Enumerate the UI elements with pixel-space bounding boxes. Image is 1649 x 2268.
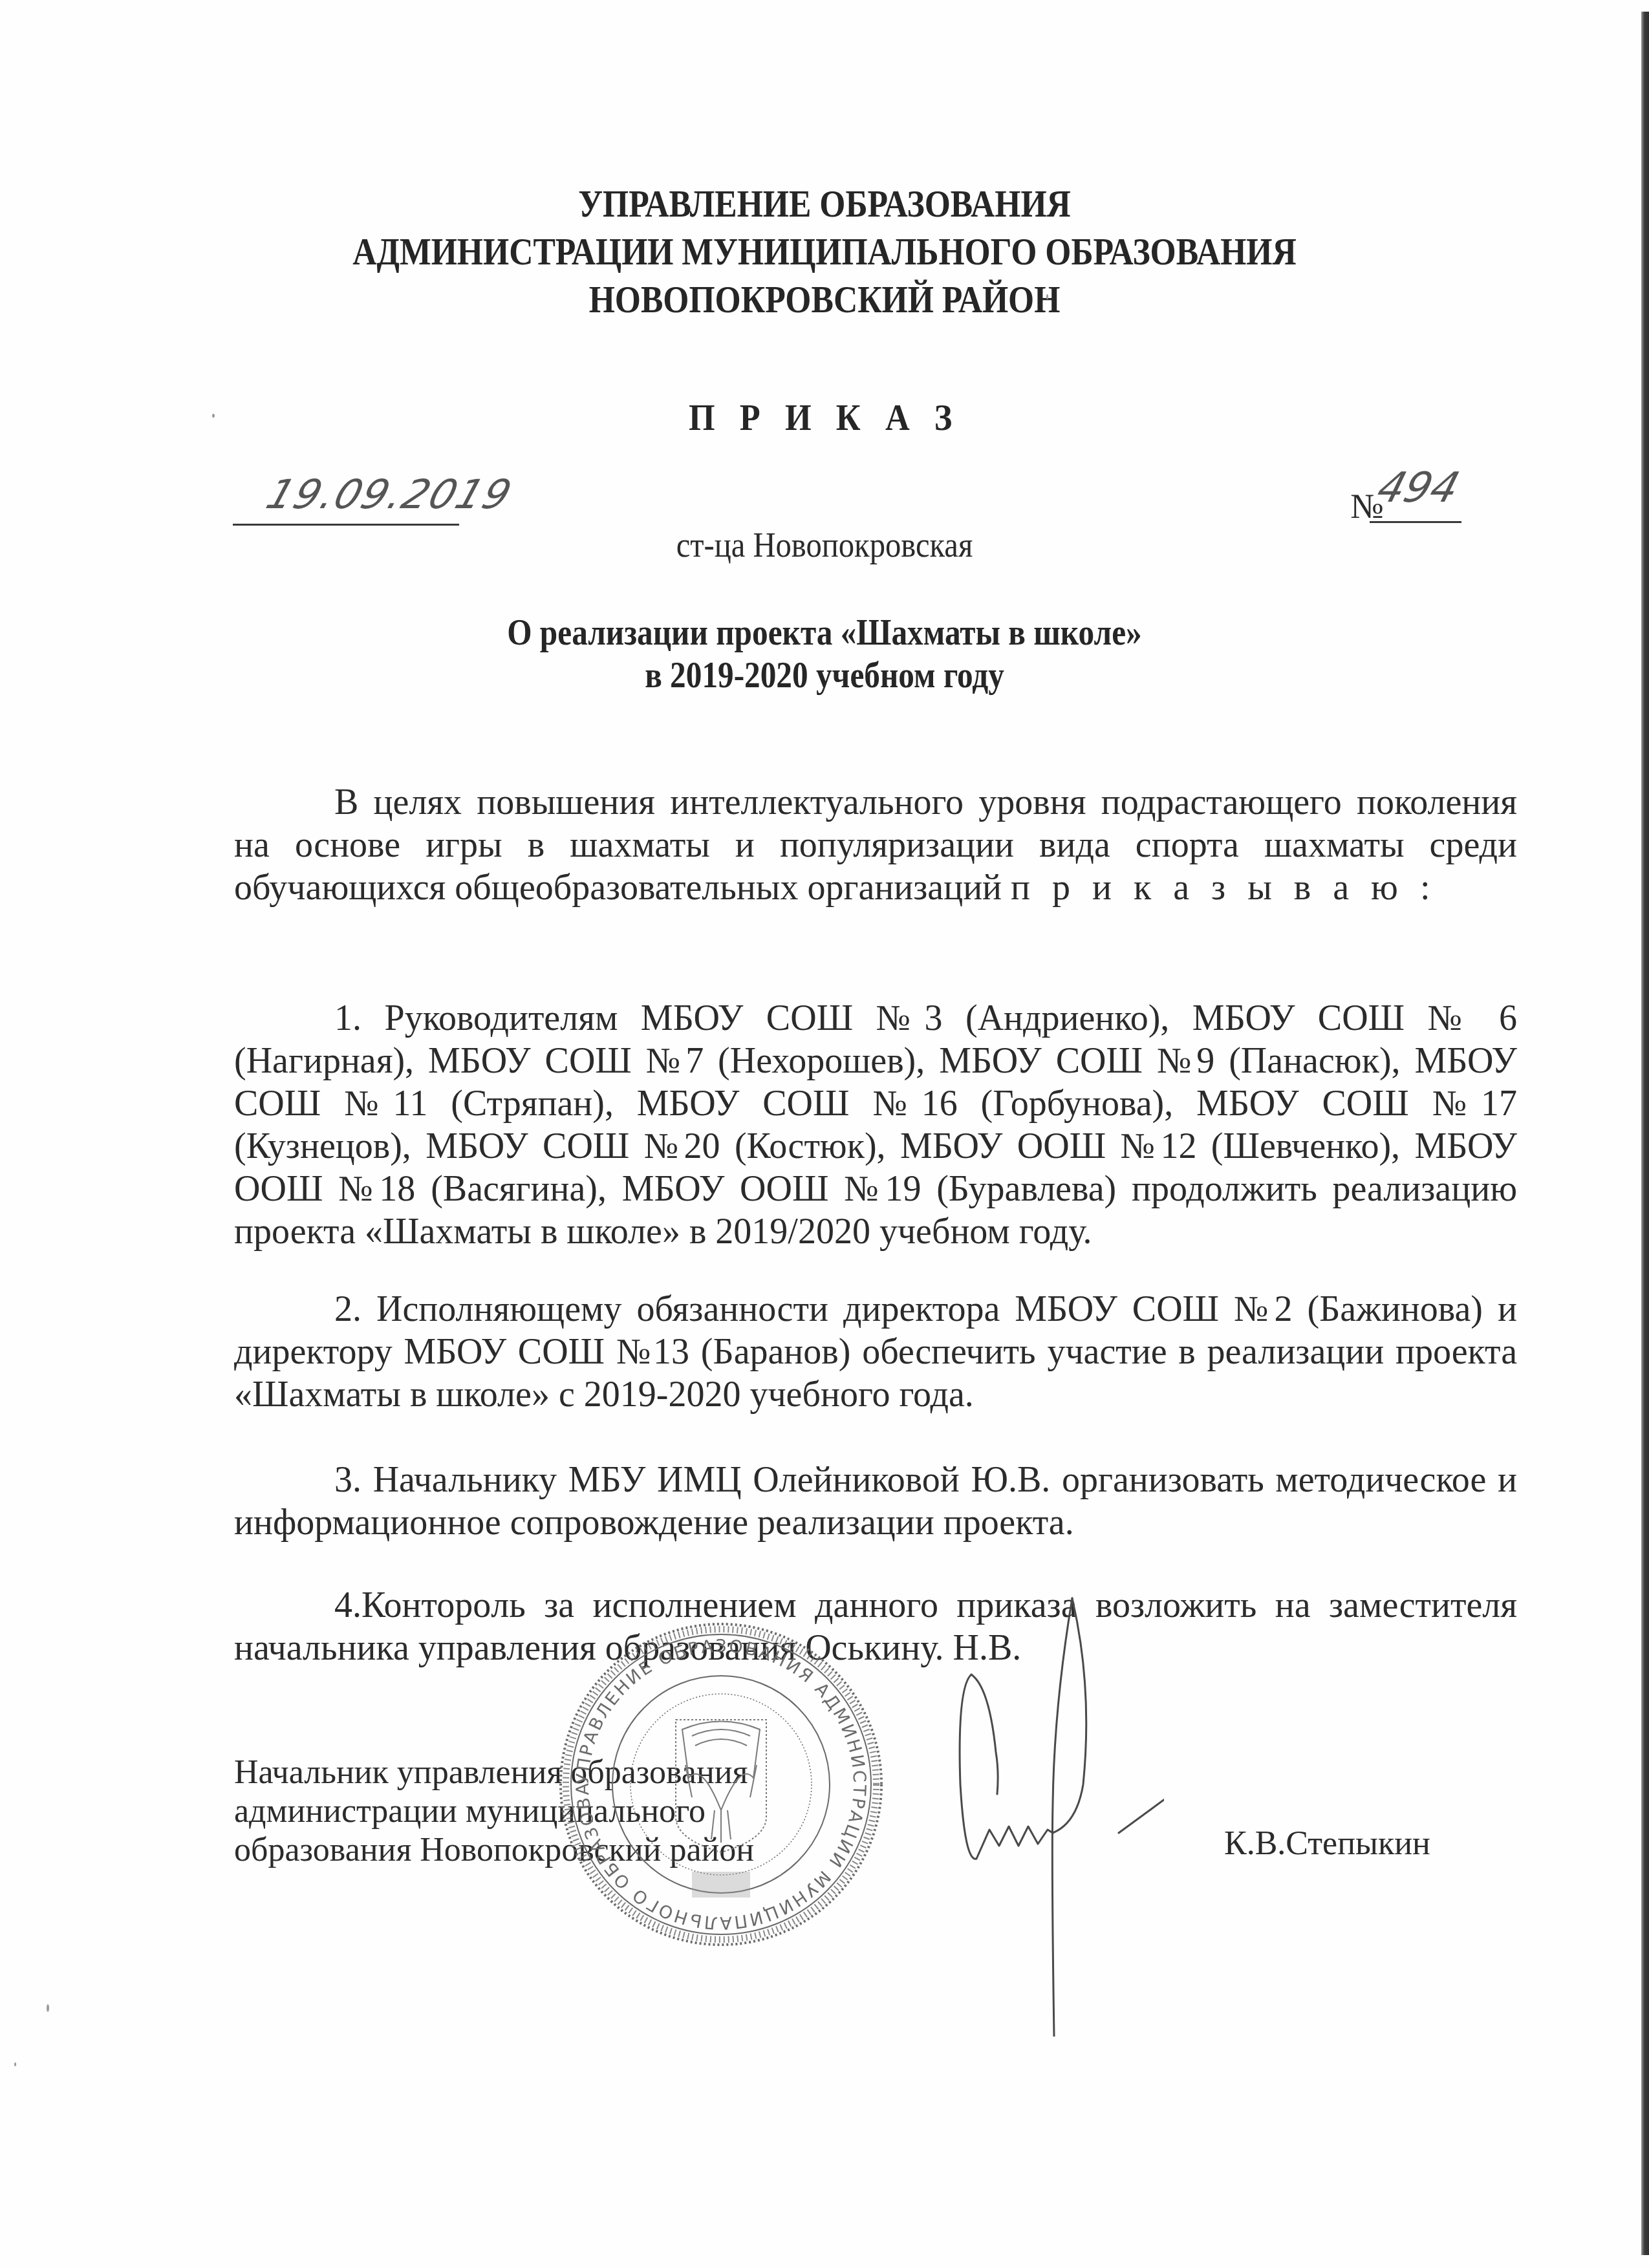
scan-speck <box>212 414 215 418</box>
place-of-issue: ст-ца Новопокровская <box>83 525 1567 565</box>
handwritten-date: 19.09.2019 <box>261 471 519 518</box>
coat-of-arms-icon <box>676 1720 766 1852</box>
document-title: О реализации проекта «Шахматы в школе» в… <box>99 612 1550 697</box>
preamble-paragraph: В целях повышения интеллектуального уров… <box>234 781 1517 909</box>
organization-header: УПРАВЛЕНИЕ ОБРАЗОВАНИЯ АДМИНИСТРАЦИИ МУН… <box>116 180 1534 323</box>
handwritten-number: 494 <box>1372 464 1464 512</box>
title-line-2: в 2019-2020 учебном году <box>99 654 1550 697</box>
scan-speck <box>1046 294 1048 299</box>
official-stamp: УПРАВЛЕНИЕ ОБРАЗОВАНИЯ АДМИНИСТРАЦИИ МУН… <box>553 1616 889 1952</box>
header-line-3: НОВОПОКРОВСКИЙ РАЙОН <box>116 275 1534 323</box>
number-field: 494 <box>1370 464 1461 523</box>
order-command: п р и к а з ы в а ю : <box>1011 868 1436 908</box>
scanned-order-page: УПРАВЛЕНИЕ ОБРАЗОВАНИЯ АДМИНИСТРАЦИИ МУН… <box>0 0 1649 2268</box>
header-line-1: УПРАВЛЕНИЕ ОБРАЗОВАНИЯ <box>116 180 1534 228</box>
date-field: 19.09.2019 <box>233 467 459 526</box>
order-item-2-text: 2. Исполняющему обязанности директора МБ… <box>234 1288 1517 1416</box>
scan-speck <box>47 2004 49 2012</box>
signer-name: К.В.Степыкин <box>1224 1824 1430 1863</box>
stamp-bottom-ornament <box>692 1872 750 1898</box>
order-item-3: 3. Начальнику МБУ ИМЦ Олейниковой Ю.В. о… <box>234 1459 1517 1544</box>
order-item-1: 1. Руководителям МБОУ СОШ №3 (Андриенко)… <box>234 997 1517 1253</box>
scan-edge-shadow <box>1641 12 1649 2255</box>
handwritten-signature <box>905 1590 1164 2037</box>
document-type: П Р И К А З <box>83 396 1567 439</box>
order-item-3-text: 3. Начальнику МБУ ИМЦ Олейниковой Ю.В. о… <box>234 1459 1517 1544</box>
title-line-1: О реализации проекта «Шахматы в школе» <box>99 612 1550 654</box>
order-item-2: 2. Исполняющему обязанности директора МБ… <box>234 1288 1517 1416</box>
order-item-1-text: 1. Руководителям МБОУ СОШ №3 (Андриенко)… <box>234 997 1517 1253</box>
scan-speck <box>14 2062 16 2066</box>
header-line-2: АДМИНИСТРАЦИИ МУНИЦИПАЛЬНОГО ОБРАЗОВАНИЯ <box>116 228 1534 275</box>
